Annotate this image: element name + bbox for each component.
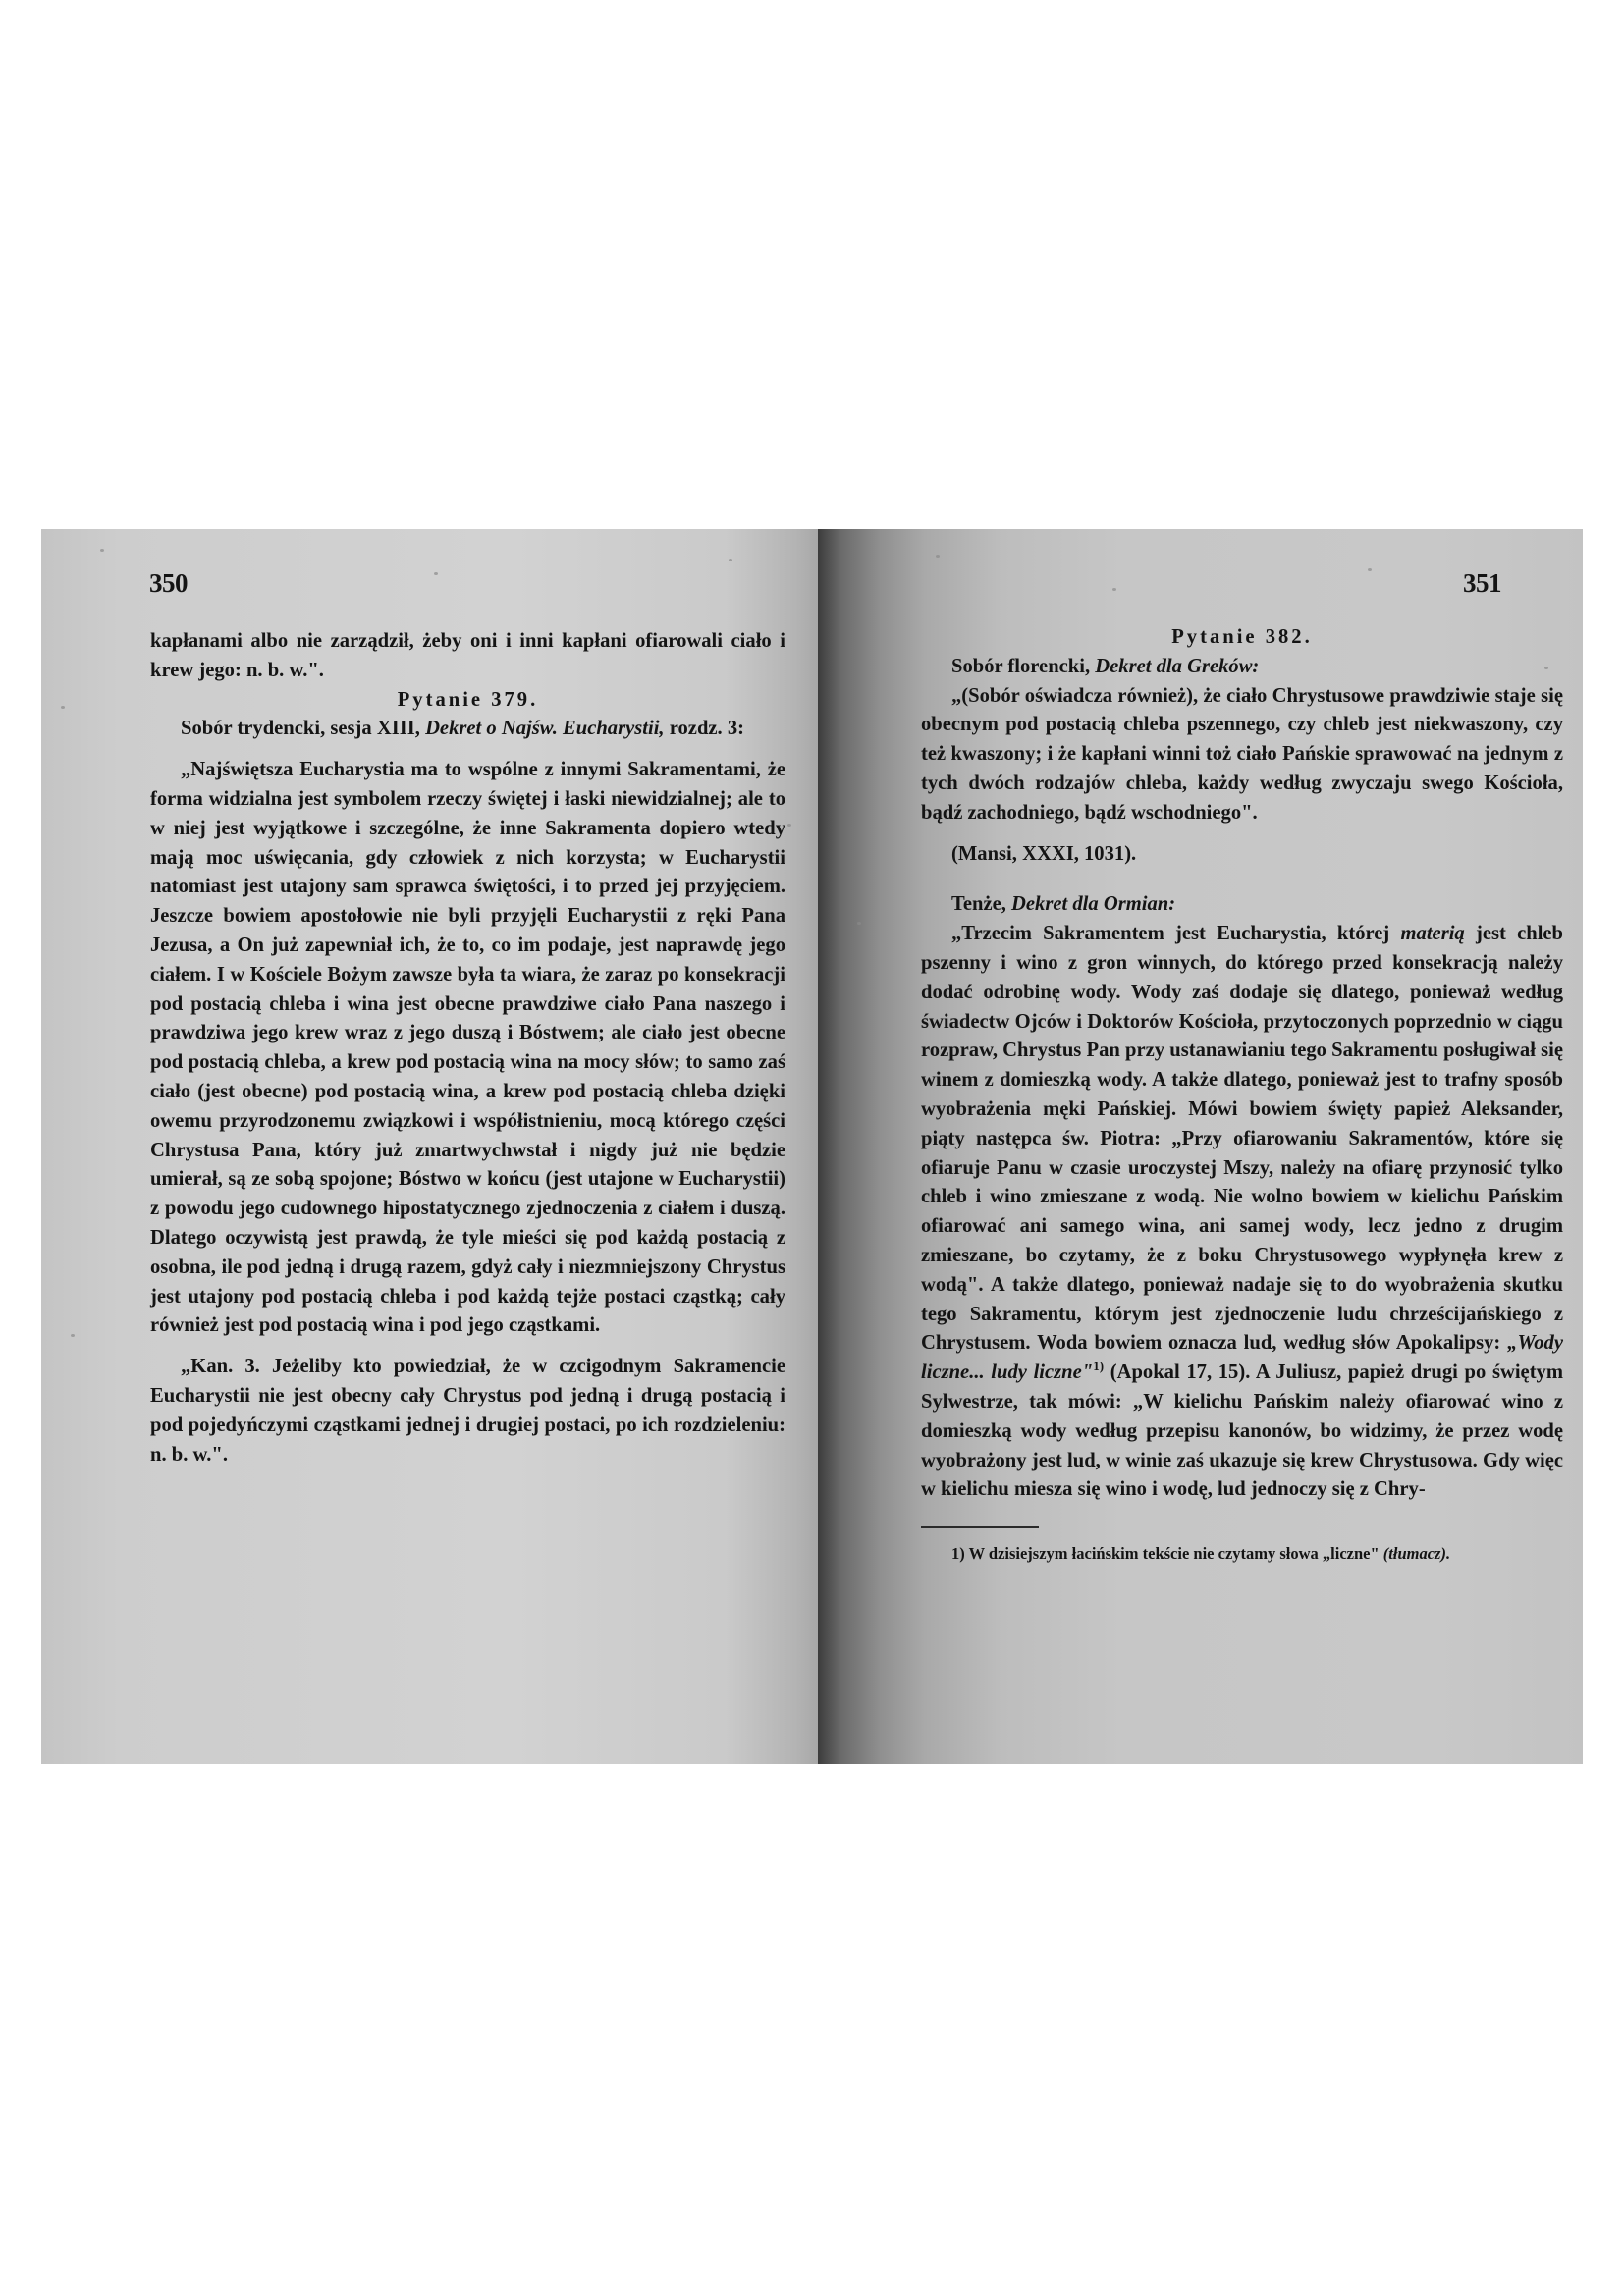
paper-speck bbox=[857, 922, 861, 925]
page-number: 351 bbox=[1463, 568, 1501, 599]
left-page: 350 kapłanami albo nie zarządził, żeby o… bbox=[41, 529, 818, 1764]
footnote-marker: 1) bbox=[1093, 1359, 1104, 1373]
paper-speck bbox=[434, 572, 438, 575]
quote-paragraph: „Trzecim Sakramentem jest Eucharystia, k… bbox=[921, 920, 1563, 1505]
right-page: 351 Pytanie 382. Sobór florencki, Dekret… bbox=[818, 529, 1583, 1764]
book-scan: 350 kapłanami albo nie zarządził, żeby o… bbox=[41, 529, 1583, 1764]
paper-speck bbox=[936, 555, 940, 558]
canon-paragraph: „Kan. 3. Jeżeliby kto powiedział, że w c… bbox=[150, 1353, 785, 1469]
source-italic: Dekret dla Greków: bbox=[1095, 656, 1259, 677]
quote-paragraph: „(Sobór oświadcza również), że ciało Chr… bbox=[921, 682, 1563, 828]
question-heading: Pytanie 379. bbox=[150, 686, 785, 716]
citation: (Mansi, XXXI, 1031). bbox=[921, 840, 1563, 870]
quote-paragraph: „Najświętsza Eucharystia ma to wspólne z… bbox=[150, 756, 785, 1341]
source-line: Sobór trydencki, sesja XIII, Dekret o Na… bbox=[150, 715, 785, 744]
quote-text: jest chleb pszenny i wino z gron winnych… bbox=[921, 923, 1563, 1354]
source-italic: Dekret dla Ormian: bbox=[1011, 893, 1175, 915]
footnote: 1) W dzisiejszym łacińskim tekście nie c… bbox=[921, 1542, 1563, 1566]
source-plain: Sobór florencki, bbox=[951, 656, 1095, 677]
paper-speck bbox=[787, 824, 791, 827]
paper-speck bbox=[1112, 588, 1116, 591]
source-line: Sobór florencki, Dekret dla Greków: bbox=[921, 653, 1563, 682]
quote-italic: materią bbox=[1401, 923, 1465, 944]
paper-speck bbox=[100, 549, 104, 552]
footnote-italic: (tłumacz). bbox=[1383, 1544, 1450, 1563]
page-number: 350 bbox=[149, 568, 188, 599]
footnote-text: 1) W dzisiejszym łacińskim tekście nie c… bbox=[951, 1544, 1383, 1563]
source-italic: Dekret o Najśw. Eucharystii, bbox=[425, 718, 665, 739]
left-page-text: kapłanami albo nie zarządził, żeby oni i… bbox=[150, 627, 785, 1469]
source-plain: Sobór trydencki, sesja XIII, bbox=[181, 718, 425, 739]
question-heading: Pytanie 382. bbox=[921, 623, 1563, 653]
paper-speck bbox=[61, 706, 65, 709]
source-plain: Tenże, bbox=[951, 893, 1011, 915]
right-page-text: Pytanie 382. Sobór florencki, Dekret dla… bbox=[921, 623, 1563, 1566]
paper-speck bbox=[1368, 568, 1372, 571]
source-line: Tenże, Dekret dla Ormian: bbox=[921, 890, 1563, 920]
quote-text: „Trzecim Sakramentem jest Eucharystia, k… bbox=[951, 923, 1401, 944]
paper-speck bbox=[71, 1334, 75, 1337]
source-tail: rozdz. 3: bbox=[670, 718, 744, 739]
footnote-divider bbox=[921, 1526, 1039, 1528]
paper-speck bbox=[729, 559, 732, 561]
continuation-paragraph: kapłanami albo nie zarządził, żeby oni i… bbox=[150, 627, 785, 686]
